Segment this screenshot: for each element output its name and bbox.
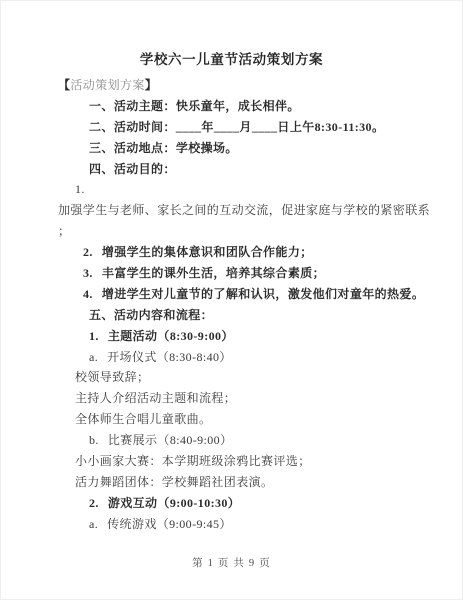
page-body: 学校六一儿童节活动策划方案 【活动策划方案】 一、活动主题：快乐童年，成长相伴。… (0, 0, 463, 600)
line-number: 3. (83, 263, 93, 284)
line-content-flow-heading: 五、活动内容和流程： (58, 305, 459, 326)
line-text: 主持人介绍活动主题和流程； (75, 391, 236, 405)
line-text: 活动目的： (114, 162, 176, 176)
tag-label: 活动策划方案 (70, 78, 144, 92)
line-number: 1. (89, 326, 99, 347)
tag-bracket-close: 】 (145, 78, 157, 92)
line-text: 全体师生合唱儿童歌曲。 (75, 412, 211, 426)
line-purpose-item-1-text: 加强学生与老师、家长之间的互动交流，促进家庭与学校的紧密联系 (58, 200, 459, 221)
line-theme-activity-heading: 1.主题活动（8:30-9:00） (58, 326, 459, 347)
page-content: 【活动策划方案】 一、活动主题：快乐童年，成长相伴。 二、活动时间：____年_… (0, 75, 463, 535)
line-dance-group: 活力舞蹈团体：学校舞蹈社团表演。 (58, 472, 459, 493)
line-host-intro: 主持人介绍活动主题和流程； (58, 388, 459, 409)
line-activity-purpose-heading: 四、活动目的： (58, 159, 459, 180)
line-activity-time: 二、活动时间：____年____月____日上午8:30-11:30。 (58, 117, 459, 138)
line-text: 活动内容和流程： (114, 308, 213, 322)
line-purpose-item-2: 2.增强学生的集体意识和团队合作能力； (58, 242, 459, 263)
line-text: 主题活动（8:30-9:00） (108, 329, 234, 343)
line-purpose-item-3: 3.丰富学生的课外生活，培养其综合素质； (58, 263, 459, 284)
line-letter: b. (89, 430, 99, 451)
line-opening-ceremony: a.开场仪式（8:30-8:40） (58, 347, 459, 368)
line-painter-contest: 小小画家大赛：本学期班级涂鸦比赛评选； (58, 451, 459, 472)
line-letter: a. (89, 514, 98, 535)
document-page: 学校六一儿童节活动策划方案 【活动策划方案】 一、活动主题：快乐童年，成长相伴。… (0, 0, 463, 600)
line-purpose-item-1-number: 1. (58, 179, 459, 200)
line-enumerator: 五、 (89, 308, 114, 322)
line-activity-theme: 一、活动主题：快乐童年，成长相伴。 (58, 96, 459, 117)
line-traditional-games: a.传统游戏（9:00-9:45） (58, 514, 459, 535)
line-enumerator: 三、 (89, 141, 114, 155)
line-text: 传统游戏（9:00-9:45） (107, 517, 232, 531)
line-text: 活动主题：快乐童年，成长相伴。 (114, 99, 300, 113)
line-enumerator: 二、 (89, 120, 114, 134)
line-enumerator: 一、 (89, 99, 114, 113)
line-text: 校领导致辞； (75, 370, 149, 384)
line-text: 开场仪式（8:30-8:40） (107, 350, 232, 364)
page-title: 学校六一儿童节活动策划方案 (0, 49, 463, 71)
line-number: 1. (75, 182, 85, 196)
line-number: 2. (83, 242, 93, 263)
line-text: 增强学生的集体意识和团队合作能力； (102, 245, 313, 259)
line-text: 加强学生与老师、家长之间的互动交流，促进家庭与学校的紧密联系 (58, 203, 430, 217)
line-enumerator: 四、 (89, 162, 114, 176)
line-text: 活动地点：学校操场。 (114, 141, 238, 155)
line-text: 丰富学生的课外生活，培养其综合素质； (102, 266, 325, 280)
tag-line: 【活动策划方案】 (58, 75, 459, 96)
line-purpose-item-4: 4.增进学生对儿童节的了解和认识，激发他们对童年的热爱。 (58, 284, 459, 305)
tag-bracket-open: 【 (58, 78, 70, 92)
line-purpose-item-1-punctuation: ； (58, 221, 459, 242)
line-text: 小小画家大赛：本学期班级涂鸦比赛评选； (75, 454, 311, 468)
line-text: 比赛展示（8:40-9:00） (108, 433, 233, 447)
page-footer: 第 1 页 共 9 页 (0, 556, 463, 572)
line-leader-speech: 校领导致辞； (58, 367, 459, 388)
line-text: ； (58, 224, 70, 238)
line-activity-venue: 三、活动地点：学校操场。 (58, 138, 459, 159)
line-competition-display: b.比赛展示（8:40-9:00） (58, 430, 459, 451)
line-text: 增进学生对儿童节的了解和认识，激发他们对童年的热爱。 (102, 287, 424, 301)
line-number: 4. (83, 284, 93, 305)
line-number: 2. (89, 493, 99, 514)
line-letter: a. (89, 347, 98, 368)
line-text: 活力舞蹈团体：学校舞蹈社团表演。 (75, 475, 273, 489)
line-text: 游戏互动（9:00-10:30） (108, 496, 240, 510)
line-chorus: 全体师生合唱儿童歌曲。 (58, 409, 459, 430)
line-text: 活动时间：____年____月____日上午8:30-11:30。 (114, 120, 385, 134)
line-game-interaction-heading: 2.游戏互动（9:00-10:30） (58, 493, 459, 514)
